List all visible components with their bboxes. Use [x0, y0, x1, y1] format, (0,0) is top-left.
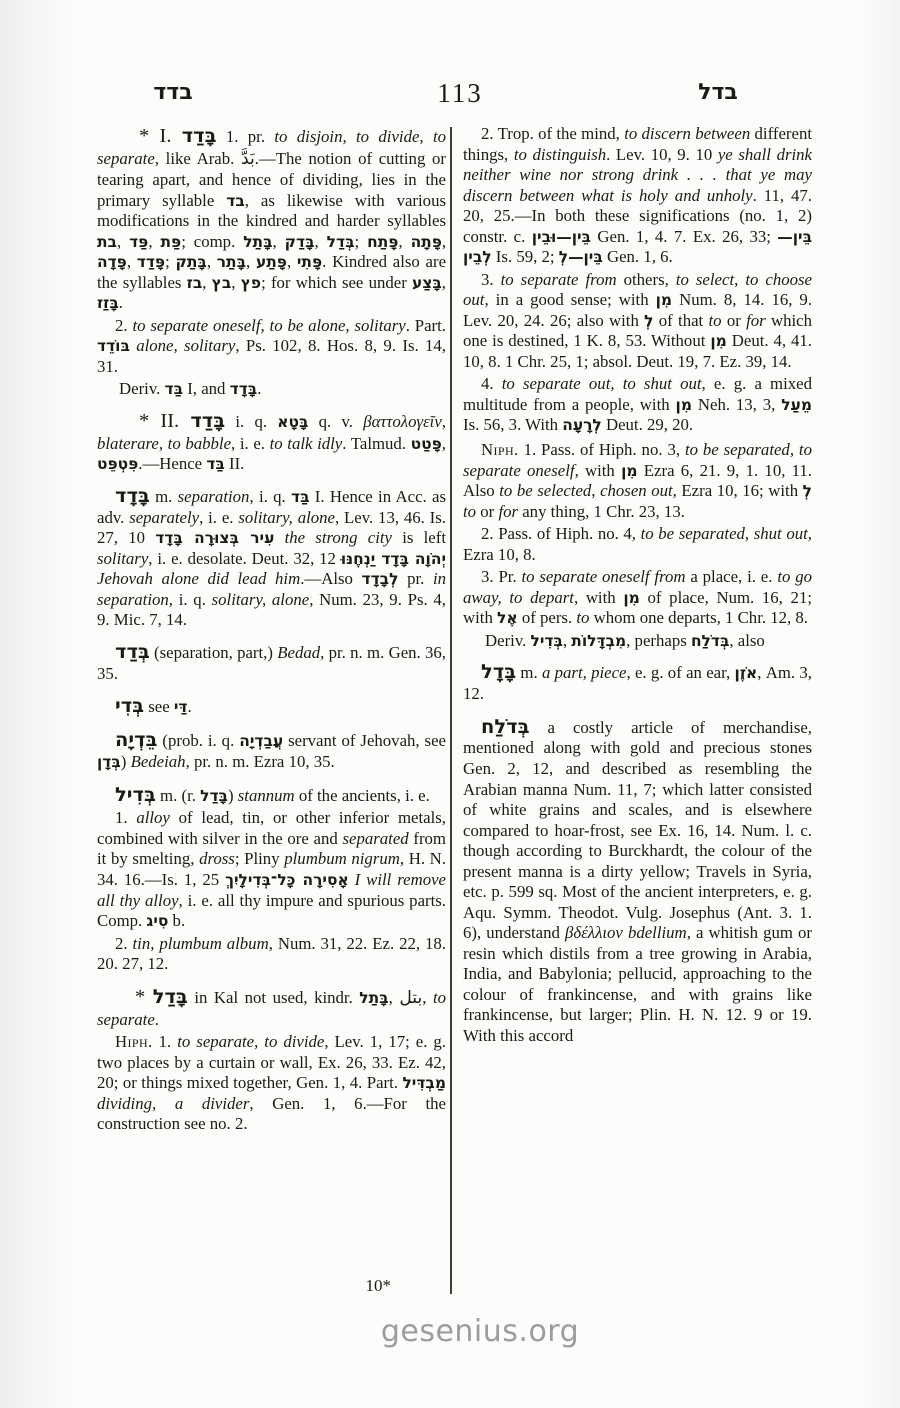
text-segment: I, and: [183, 379, 230, 398]
text-segment: בַּד: [165, 380, 184, 398]
badal-deriv: Deriv. בְּדִיל, מִבְדָּלוֹת, perhaps בְּ…: [463, 631, 812, 652]
entry-bedolach: בְּדֹלַח a costly article of merchandise…: [463, 715, 812, 1047]
badal-niph-2: 2. Pass. of Hiph. no. 4, to be separated…: [463, 524, 812, 565]
text-segment: , pr. n. m. Ezra 10, 35.: [186, 752, 335, 771]
badal-hiph-3: 3. to separate from others, to select, t…: [463, 270, 812, 373]
text-segment: יְהֹוָה בָּדָד יַנְחֶנּוּ: [341, 550, 446, 568]
text-segment: to be se­lected, chosen out: [499, 481, 672, 500]
text-segment: בָּדַק: [285, 233, 315, 251]
text-segment: solitary: [97, 549, 148, 568]
text-segment: to: [709, 311, 722, 330]
text-segment: ,: [231, 273, 240, 292]
text-segment: to be separated, shut out: [641, 524, 808, 543]
badal-hiph-2: 2. Trop. of the mind, to discern be­twee…: [463, 124, 812, 268]
text-segment: 3. Pr.: [481, 567, 521, 586]
text-segment: see: [144, 697, 174, 716]
text-segment: בֵּין—וּבֵין: [532, 228, 591, 246]
text-segment: בַּד: [206, 455, 225, 473]
text-segment: solitary, alone: [212, 590, 310, 609]
text-segment: to separate, to divide: [177, 1032, 324, 1051]
text-segment: to discern be­tween: [624, 124, 750, 143]
text-segment: .: [119, 293, 123, 312]
text-segment: ,: [389, 988, 400, 1007]
text-segment: Deriv.: [119, 379, 165, 398]
text-segment: אָסִירָה כָּל־בְּדִילָיִךְ: [225, 871, 349, 889]
text-segment: to: [463, 502, 476, 521]
text-segment: servant of Je­hovah, see: [283, 731, 446, 750]
left-column: * I. בָּדַד 1. pr. to disjoin, to divide…: [97, 124, 446, 1135]
text-segment: ,: [442, 273, 446, 292]
text-segment: לְבָדָד: [362, 570, 399, 588]
text-segment: 3.: [481, 270, 501, 289]
text-segment: מִן: [710, 332, 726, 350]
text-segment: 2. Trop. of the mind,: [481, 124, 624, 143]
text-segment: Neh. 13, 3,: [692, 395, 781, 414]
text-segment: ,: [207, 252, 217, 271]
text-segment: בְּדָן: [97, 753, 121, 771]
text-segment: בד: [226, 192, 245, 210]
text-segment: לְרָעָה: [562, 416, 602, 434]
text-segment: , Ezra 10, 16; with: [673, 481, 803, 500]
text-segment: Gen. 1, 4. 7. Ex. 26, 33;: [591, 227, 777, 246]
text-segment: בֵּדְיָה: [115, 728, 157, 751]
text-segment: , perhaps: [626, 631, 691, 650]
text-segment: ,: [442, 412, 446, 431]
text-segment: 1.: [153, 1032, 178, 1051]
page-number: 113: [395, 78, 525, 109]
text-segment: , in a good sense; with: [484, 290, 655, 309]
text-segment: מִן: [623, 589, 639, 607]
entry-badal-noun: בָּדָל m. a part, piece, e. g. of an ear…: [463, 660, 812, 704]
text-segment: ,: [148, 232, 160, 251]
text-segment: בְּדֹלַח: [481, 715, 529, 738]
text-segment: , i. e.: [231, 434, 270, 453]
text-segment: בָּדַל: [200, 787, 228, 805]
text-segment: q. v.: [308, 412, 363, 431]
text-segment: 1. pr.: [217, 127, 275, 146]
text-segment: Gen. 1, 6.: [603, 247, 673, 266]
text-segment: .: [257, 379, 261, 398]
text-segment: ,: [127, 252, 137, 271]
text-segment: بَدَّ: [241, 149, 255, 169]
text-segment: דַּי: [174, 698, 188, 716]
text-segment: לְ: [644, 312, 653, 330]
text-segment: of the an­cients, i. e.: [295, 786, 430, 805]
text-segment: בָּטָא: [277, 413, 308, 431]
text-segment: .: [188, 697, 192, 716]
text-segment: (separation, part,): [150, 643, 278, 662]
text-segment: to: [576, 608, 589, 627]
text-segment: בְּדֹלַח: [691, 632, 729, 650]
text-segment: בּוֹדֵד: [97, 337, 130, 355]
badal-hiph-4: 4. to separate out, to shut out, e. g. a…: [463, 374, 812, 436]
text-segment: ; Pliny: [235, 849, 284, 868]
text-segment: פץ: [241, 274, 261, 292]
text-segment: dross: [199, 849, 235, 868]
entry-bedeiah: בֵּדְיָה (prob. i. q. עֲבַדְיָה servant …: [97, 728, 446, 772]
text-segment: ,: [246, 252, 256, 271]
bedil-sense-1: 1. alloy of lead, tin, or other inferior…: [97, 808, 446, 931]
text-segment: pr.: [398, 569, 433, 588]
text-segment: ; for which see under: [261, 273, 412, 292]
text-segment: ,: [442, 434, 446, 453]
text-segment: Deut. 29, 20.: [602, 415, 693, 434]
text-segment: بتل: [399, 988, 422, 1008]
text-segment: II.: [225, 454, 245, 473]
text-segment: , e. g. of an ear,: [627, 663, 735, 682]
text-segment: Is. 59, 2;: [492, 247, 559, 266]
text-segment: בת: [97, 233, 117, 251]
text-segment: Bedad: [277, 643, 320, 662]
bedil-sense-2: 2. tin, plumbum album, Num. 31, 22. Ez. …: [97, 934, 446, 975]
text-segment: בָּדָד: [230, 380, 258, 398]
text-segment: . Talmud.: [342, 434, 410, 453]
text-segment: others,: [617, 270, 676, 289]
text-segment: ,: [422, 988, 433, 1007]
entry-bedil: בְּדִיל m. (r. בָּדַל) stannum of the an…: [97, 783, 446, 807]
text-segment: בֵּין—לְ: [559, 248, 603, 266]
text-segment: בָּדַד: [182, 124, 217, 147]
text-segment: is left: [392, 528, 446, 547]
entry-badad-noun: בָּדָד m. separation, i. q. בַּד I. Henc…: [97, 484, 446, 631]
text-segment: ,: [398, 232, 410, 251]
text-segment: פָּתַע: [256, 253, 287, 271]
badad-i-sense-2: 2. to separate oneself, to be alone, sol…: [97, 316, 446, 378]
text-segment: of that: [654, 311, 709, 330]
column-divider-rule: [450, 127, 452, 1294]
text-segment: בָּתַק: [176, 253, 207, 271]
text-segment: a place, i. e.: [686, 567, 778, 586]
text-segment: , with: [575, 461, 622, 480]
text-segment: מֵעַל: [781, 396, 812, 414]
text-segment: פָּטַט: [411, 435, 442, 453]
text-segment: פָּדַד: [137, 253, 165, 271]
text-segment: . Lev. 10, 9. 10: [606, 145, 718, 164]
text-segment: 1. Pass. of Hiph. no. 3,: [519, 440, 685, 459]
text-segment: to talk idly: [270, 434, 343, 453]
text-segment: , with: [574, 588, 623, 607]
text-segment: מִבְדָּלוֹת: [571, 632, 626, 650]
text-segment: in Kal not used, kindr.: [188, 988, 359, 1007]
text-segment: בַּד: [291, 488, 310, 506]
text-segment: bdel­lium: [628, 923, 687, 942]
text-segment: מִן: [656, 291, 672, 309]
text-segment: בְּדַד: [115, 640, 150, 663]
text-segment: פָּתַח: [367, 233, 398, 251]
text-segment: 1.: [115, 808, 136, 827]
text-segment: בָּתַל: [243, 233, 272, 251]
text-segment: , i. e. desolate. Deut. 32, 12: [148, 549, 341, 568]
text-segment: .—Hence: [138, 454, 206, 473]
entry-badad-i: * I. בָּדַד 1. pr. to disjoin, to divide…: [97, 124, 446, 314]
text-segment: ,: [442, 232, 446, 251]
text-segment: tin, plumbum album: [133, 934, 269, 953]
text-segment: עִיר בְּצוּרָה בָּדָד: [155, 529, 274, 547]
text-segment: alloy: [136, 808, 170, 827]
text-segment: stannum: [238, 786, 295, 805]
text-segment: ;: [165, 252, 175, 271]
text-segment: Hiph.: [115, 1032, 153, 1051]
text-segment: of pers.: [518, 608, 577, 627]
text-segment: .: [155, 1010, 159, 1029]
text-segment: בְּדִיל: [115, 783, 156, 806]
text-segment: [274, 528, 284, 547]
text-segment: βδέλλιον: [565, 923, 623, 942]
text-segment: ): [228, 786, 238, 805]
entry-bedad: בְּדַד (separation, part,) Bedad, pr. n.…: [97, 640, 446, 684]
text-segment: Deriv.: [485, 631, 531, 650]
badal-niph-3: 3. Pr. to separate oneself from a place,…: [463, 567, 812, 629]
text-segment: פָּתָה: [411, 233, 442, 251]
text-segment: , i. e.: [199, 508, 238, 527]
badad-i-deriv: Deriv. בַּד I, and בָּדָד.: [97, 379, 446, 400]
text-segment: any thing, 1 Chr. 23, 13.: [518, 502, 685, 521]
text-segment: blaterare, to babble: [97, 434, 231, 453]
text-segment: for: [746, 311, 766, 330]
text-segment: m.: [516, 663, 542, 682]
text-segment: i. q.: [225, 412, 277, 431]
text-segment: Is. 56, 3. With: [463, 415, 562, 434]
running-head: בדד 113 בדל: [0, 78, 900, 114]
text-segment: ,: [273, 232, 285, 251]
text-segment: פִּטְפֵּט: [97, 455, 138, 473]
text-segment: Jehovah alone did lead him: [97, 569, 300, 588]
text-segment: plumbum nigrum: [284, 849, 400, 868]
right-column: 2. Trop. of the mind, to discern be­twee…: [463, 124, 812, 1046]
text-segment: separation: [178, 487, 250, 506]
text-segment: 2. Pass. of Hiph. no. 4,: [481, 524, 641, 543]
text-segment: separately: [129, 508, 199, 527]
text-segment: , like Arab.: [155, 149, 241, 168]
badal-hiph-1: Hiph. 1. to separate, to divide, Lev. 1,…: [97, 1032, 446, 1135]
text-segment: . Part.: [406, 316, 446, 335]
text-segment: ;: [355, 232, 368, 251]
signature-mark: 10*: [97, 1276, 446, 1296]
text-segment: * I.: [139, 125, 182, 147]
text-segment: *: [135, 986, 153, 1008]
text-segment: to separate out, to shut out: [502, 374, 702, 393]
badal-niph-1: Niph. 1. Pass. of Hiph. no. 3, to be sep…: [463, 440, 812, 522]
running-head-keyword-right: בדל: [663, 80, 773, 105]
text-segment: or: [476, 502, 498, 521]
text-segment: solitary, alone: [238, 508, 335, 527]
text-segment: ,: [117, 232, 129, 251]
text-segment: בָּתַל: [359, 989, 388, 1007]
text-segment: בָּצַע: [412, 274, 442, 292]
text-segment: פָּתִי: [297, 253, 322, 271]
text-segment: .—Also: [300, 569, 361, 588]
text-segment: אֹזֶן: [735, 664, 758, 682]
text-segment: dividing, a divider: [97, 1094, 249, 1113]
text-segment: בָּתַר: [217, 253, 246, 271]
text-segment: or: [722, 311, 747, 330]
text-segment: מַבְדִּיל: [402, 1074, 446, 1092]
text-segment: βαττολογεῖν: [363, 412, 442, 431]
text-segment: , i. q.: [249, 487, 291, 506]
text-segment: בָּזַז: [97, 294, 119, 312]
text-segment: אֶל: [497, 609, 518, 627]
entry-badal: * בָּדַל in Kal not used, kindr. בָּתַל,…: [97, 985, 446, 1031]
text-segment: to separate from: [501, 270, 617, 289]
text-segment: עֲבַדְיָה: [239, 732, 283, 750]
text-segment: בָּדָל: [481, 660, 516, 683]
text-segment: 2.: [115, 934, 133, 953]
text-segment: , i. q.: [169, 590, 212, 609]
text-segment: סִיג: [146, 912, 168, 930]
text-segment: ; comp.: [181, 232, 243, 251]
text-segment: whom one departs, 1 Chr. 12, 8.: [589, 608, 808, 627]
entry-bedi: בְּדִי see דַּי.: [97, 694, 446, 718]
text-segment: m. (r.: [156, 786, 200, 805]
text-segment: to separate oneself, to be alone, solita…: [132, 316, 405, 335]
text-segment: בָּדַל: [153, 985, 188, 1008]
text-segment: בְּדִי: [115, 694, 144, 717]
text-segment: b.: [168, 911, 185, 930]
text-segment: בָּדַד: [190, 409, 225, 432]
text-segment: בץ: [212, 274, 232, 292]
text-segment: for: [498, 502, 518, 521]
dictionary-page: בדד 113 בדל * I. בָּדַד 1. pr. to disjoi…: [0, 0, 900, 1408]
text-segment: ,: [287, 252, 297, 271]
text-segment: לְ: [803, 482, 812, 500]
text-segment: מִן: [676, 396, 692, 414]
text-segment: a part, piece: [542, 663, 627, 682]
text-segment: to separate oneself from: [521, 567, 685, 586]
text-segment: מִן: [621, 462, 637, 480]
text-segment: בז: [187, 274, 203, 292]
text-segment: בְּדַל: [327, 233, 355, 251]
text-segment: 4.: [481, 374, 502, 393]
entry-badad-ii: * II. בָּדַד i. q. בָּטָא q. v. βαττολογ…: [97, 409, 446, 475]
running-head-keyword-left: בדד: [118, 80, 228, 105]
text-segment: alone, solitary: [130, 336, 235, 355]
text-segment: separated: [342, 829, 408, 848]
text-segment: בָּדָד: [115, 484, 150, 507]
text-segment: ,: [315, 232, 327, 251]
text-segment: ,: [202, 273, 211, 292]
text-segment: a costly article of merchandise, mention…: [463, 718, 812, 943]
text-segment: פַּת: [160, 233, 181, 251]
text-segment: ): [121, 752, 131, 771]
text-segment: , also: [729, 631, 764, 650]
text-segment: to distinguish: [514, 145, 606, 164]
text-segment: m.: [150, 487, 178, 506]
watermark-text: gesenius.org: [340, 1314, 620, 1349]
text-segment: Bedeiah: [131, 752, 186, 771]
text-segment: the strong city: [285, 528, 392, 547]
text-segment: בְּדִיל: [531, 632, 563, 650]
text-segment: 2.: [115, 316, 132, 335]
text-segment: Niph.: [481, 440, 519, 459]
text-segment: פָּדָה: [97, 253, 127, 271]
text-segment: * II.: [139, 410, 190, 432]
text-segment: (prob. i. q.: [157, 731, 239, 750]
text-segment: פַּד: [129, 233, 148, 251]
